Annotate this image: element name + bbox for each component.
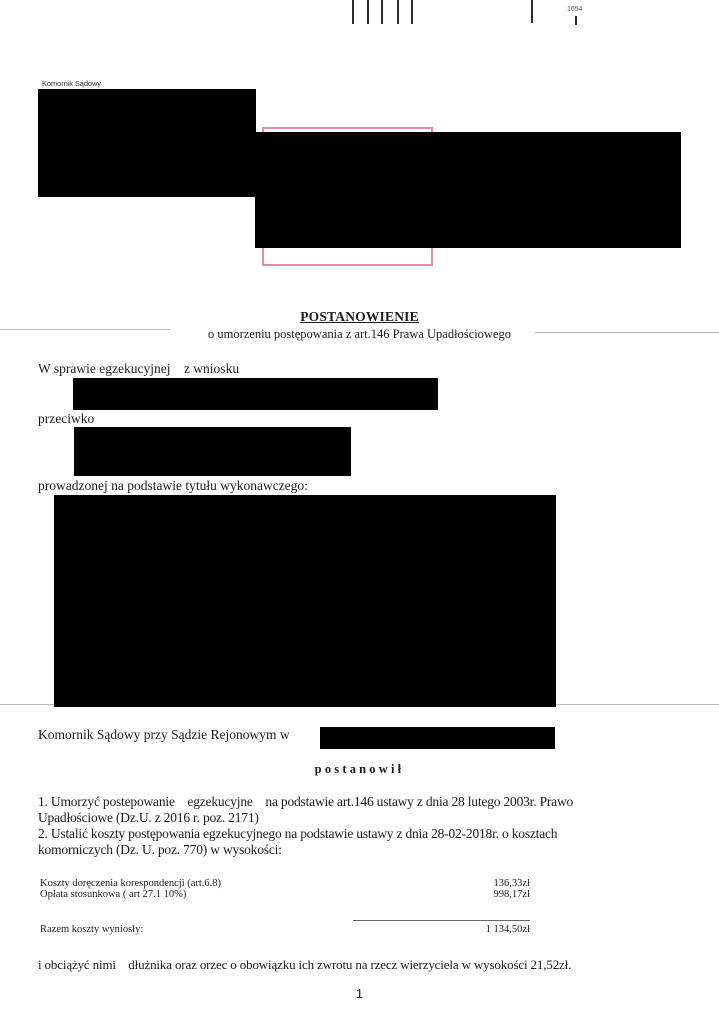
redacted-case-reference [255, 132, 681, 248]
decision-points: 1. Umorzyć postepowanie egzekucyjne na p… [38, 794, 718, 858]
cost-amount: 136,33zł [494, 878, 530, 890]
scan-artifact-line [555, 704, 719, 705]
redacted-debtor [74, 427, 351, 476]
barcode-number: 1654 [567, 6, 583, 13]
decision-point-1: 1. Umorzyć postepowanie egzekucyjne na p… [38, 794, 718, 826]
page-number: 1 [0, 986, 719, 1001]
document-title: POSTANOWIENIE [0, 309, 719, 325]
sum-divider [353, 920, 530, 921]
point-1-line-2: Upadłościowe (Dz.U. z 2016 r. poz. 2171) [38, 810, 718, 826]
cost-label: Opłata stosunkowa ( art 27.1 10%) [40, 889, 186, 901]
redacted-bailiff-address [38, 89, 256, 197]
point-2-line-2: komorniczych (Dz. U. poz. 770) w wysokoś… [38, 842, 718, 858]
decision-point-2: 2. Ustalić koszty postępowania egzekucyj… [38, 826, 718, 858]
barcode-bar [397, 0, 399, 24]
decision-heading: postanowił [0, 762, 719, 777]
redacted-enforcement-title [54, 495, 556, 707]
scan-artifact-line [0, 704, 56, 705]
barcode-bar [367, 0, 369, 24]
cost-total-label: Razem koszty wyniosły: [40, 924, 143, 936]
cost-table: Koszty doręczenia korespondencji (art.6.… [40, 878, 530, 938]
barcode-bar [411, 0, 413, 24]
barcode-bar [575, 16, 577, 25]
bailiff-line: Komornik Sądowy przy Sądzie Rejonowym w [38, 726, 290, 743]
title-basis-label: prowadzonej na podstawie tytułu wykonawc… [38, 477, 308, 494]
barcode-bar [531, 0, 533, 23]
point-1-line-1: 1. Umorzyć postepowanie egzekucyjne na p… [38, 794, 718, 810]
redacted-court-location [320, 727, 555, 749]
cost-amount: 998,17zł [494, 889, 530, 901]
case-intro: W sprawie egzekucyjnej z wniosku [38, 360, 239, 377]
redacted-creditor [73, 378, 438, 410]
cost-label: Koszty doręczenia korespondencji (art.6.… [40, 878, 221, 890]
point-2-line-1: 2. Ustalić koszty postępowania egzekucyj… [38, 826, 718, 842]
against-label: przeciwko [38, 410, 94, 427]
closing-statement: i obciążyć nimi dłużnika oraz orzec o ob… [38, 957, 571, 973]
barcode-bar [352, 0, 354, 24]
cost-total-amount: 1 134,50zł [486, 924, 530, 936]
document-subtitle: o umorzeniu postępowania z art.146 Prawa… [0, 327, 719, 342]
issuer-label: Komornik Sądowy [42, 79, 101, 88]
barcode-bar [381, 0, 383, 24]
